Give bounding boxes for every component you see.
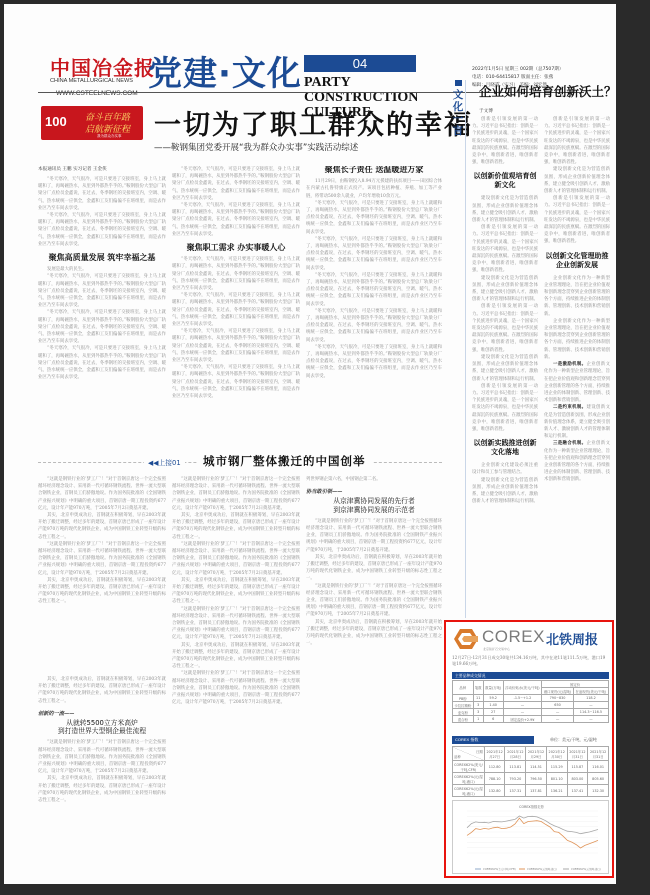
- opinion-section3-heading: 以创新实践推进创新文化落地: [472, 439, 538, 457]
- sub-article-col3: 列世界钢企第六名，中国钢企第二名。 协当敢引领—— 从京津冀协同发展的先行者 到…: [306, 476, 442, 881]
- opinion-section1-heading: 以创新价值观培育创新文化: [472, 172, 538, 190]
- sub-article-headline: 城市钢厂整体搬迁的中国创举: [197, 453, 372, 469]
- main-subheadline: ——鞍钢集团党委开展“我为群众办实事”实践活动综述: [154, 141, 358, 153]
- table1-title: 主要品种成交情况: [452, 672, 609, 679]
- table-row: PB粉1159.2-1.5~+1.2790~830118.2: [453, 695, 609, 702]
- opinion-headline: 企业如何培育创新沃土？: [479, 82, 616, 100]
- table-row: COREX62%(元/湿吨,港口)132.80137.31137.81136.2…: [453, 785, 609, 797]
- kicker-leadership: 协当敢引领——: [306, 489, 442, 496]
- sub-subtitle2b: 到京津冀协同发展的示范者: [306, 507, 442, 514]
- main-headline: 一切为了职工群众的幸福: [154, 103, 473, 142]
- byline: 本报通讯员 王鹏 实习记者 王金侠: [38, 166, 107, 172]
- masthead: 中国冶金报 CHINA METALLURGICAL NEWS WWW.CSTEE…: [4, 4, 616, 92]
- issue-date: 2022年1月5日 星期三 002期（总7507期）: [472, 66, 563, 74]
- newspaper-page: 中国冶金报 CHINA METALLURGICAL NEWS WWW.CSTEE…: [4, 4, 616, 884]
- opinion-author: 于文博: [479, 108, 493, 114]
- svg-text:COREX62%(美元/干吨,CFR): COREX62%(美元/干吨,CFR): [483, 867, 516, 871]
- opinion-col2: 创新是引领发展的第一动力。习近平总书记指出：创新是一个民族进步的灵魂，是一个国家…: [544, 116, 610, 621]
- sub-article-col1b: 其实，北京申奥成功后，首钢就在积极筹划，早在2003年就开始了搬迁调整，经过多年…: [38, 676, 166, 881]
- table-row: 卡拉拉精粉31.40—650—: [453, 702, 609, 709]
- trade-table: 品种 笔数 数量(万吨) 浮动价贴水(美元/干吨) 固定价 港口现货(元/湿吨)…: [452, 680, 609, 723]
- corex-brand-cn: 北京铁矿石交易中心: [483, 647, 510, 651]
- table2-unit: 单位：美元/干吨，元/湿吨: [550, 737, 597, 743]
- corex-summary: 12月27日-12月31日成交30笔共134.16万吨，其中在途11笔111.5…: [452, 655, 608, 668]
- column-label: 文化一言: [452, 80, 464, 137]
- main-section2-heading: 聚焦职工需求 办实事暖人心: [172, 244, 300, 251]
- column-vertical-rule: [465, 80, 466, 618]
- corex-logo-icon: [454, 629, 478, 649]
- corex-title: 北铁周报: [546, 629, 598, 648]
- kicker-innovation: 创新的一流——: [38, 711, 166, 718]
- main-article-col2: “冬天寒冷，天气很冷，可是只要进了交接班室，身上马上就暖和了，再喝碗热水，从里到…: [172, 166, 300, 456]
- centenary-badge: 100 奋斗百年路 启航新征程 我为群众办实事: [41, 106, 143, 140]
- sub-article-col1: “这就是钢铁行业的‘梦工厂’！”对于首钢京唐这一个完全按照循环经济理念设计、采用…: [38, 476, 166, 676]
- badge-number: 100: [45, 114, 67, 129]
- main-section3-heading: 聚焦长子责任 送温暖进万家: [306, 166, 442, 173]
- corex-index-chart: COREX指数走势 COREX62%(美元/干吨,CFR)COREX62%(元/…: [452, 800, 609, 874]
- opinion-col1: 创新是引领发展的第一动力。习近平总书记指出：创新是一个民族进步的灵魂，是一个国家…: [472, 116, 538, 621]
- table-row: 麦克粉327——114.3~116.5: [453, 709, 609, 716]
- corex-brand: COREX: [482, 627, 545, 647]
- table-row: 混合粉16固定溢价+2.9¥——: [453, 716, 609, 723]
- badge-line3: 我为群众办实事: [97, 134, 122, 139]
- svg-text:COREX62%(元/湿吨,港口): COREX62%(元/湿吨,港口): [571, 867, 601, 871]
- issue-phone: 电话：010-64415817 版面主任：张燕: [472, 74, 563, 82]
- table-row: COREX62%(美元/干吨,CFR)112.80113.81114.51115…: [453, 761, 609, 773]
- paper-logo: 中国冶金报: [50, 52, 155, 81]
- sub-subtitle2a: 从京津冀协同发展的先行者: [306, 498, 442, 505]
- sub-subtitle1b: 到打造世界大型钢企最佳流程: [38, 728, 166, 735]
- main-article-col1: “冬天寒冷，天气很冷，可是只要进了交接班室，身上马上就暖和了，再喝碗热水，从里到…: [38, 176, 166, 456]
- paper-name-en: CHINA METALLURGICAL NEWS: [50, 78, 133, 84]
- main-article-col3: 聚焦长子责任 送温暖进万家 11月29日，由鞍钢投入8.94万元援建的扶贫项目—…: [306, 166, 442, 456]
- section-title: 党建·文化: [148, 46, 302, 95]
- index-table: 日期 品种 2021年12月27日2021年12月28日2021年12月29日2…: [452, 746, 609, 797]
- chart-plot: COREX62%(美元/干吨,CFR)COREX62%(元/湿吨,港口)CORE…: [453, 801, 610, 875]
- opinion-section2-heading: 以创新文化管理助推企业创新发展: [544, 252, 610, 270]
- corex-weekly-box: COREX 北京铁矿石交易中心 北铁周报 12月27日-12月31日成交30笔共…: [444, 620, 614, 878]
- label-square-icon: [455, 80, 462, 86]
- table-row: COREX62%(元/湿吨,港口)788.10793.20796.50801.1…: [453, 773, 609, 785]
- table2-title: COREX 指数: [452, 736, 534, 744]
- sub-article-col2: “这就是钢铁行业的‘梦工厂’！”对于首钢京唐这一个完全按照循环经济理念设计、采用…: [172, 476, 300, 881]
- main-section1-heading: 聚焦高质量发展 筑牢幸福之基: [38, 254, 166, 261]
- page-number: 04: [304, 55, 416, 72]
- continued-from-link[interactable]: ◀◀上接01: [144, 457, 185, 467]
- svg-text:COREX62%(元/湿吨,港口): COREX62%(元/湿吨,港口): [527, 867, 557, 871]
